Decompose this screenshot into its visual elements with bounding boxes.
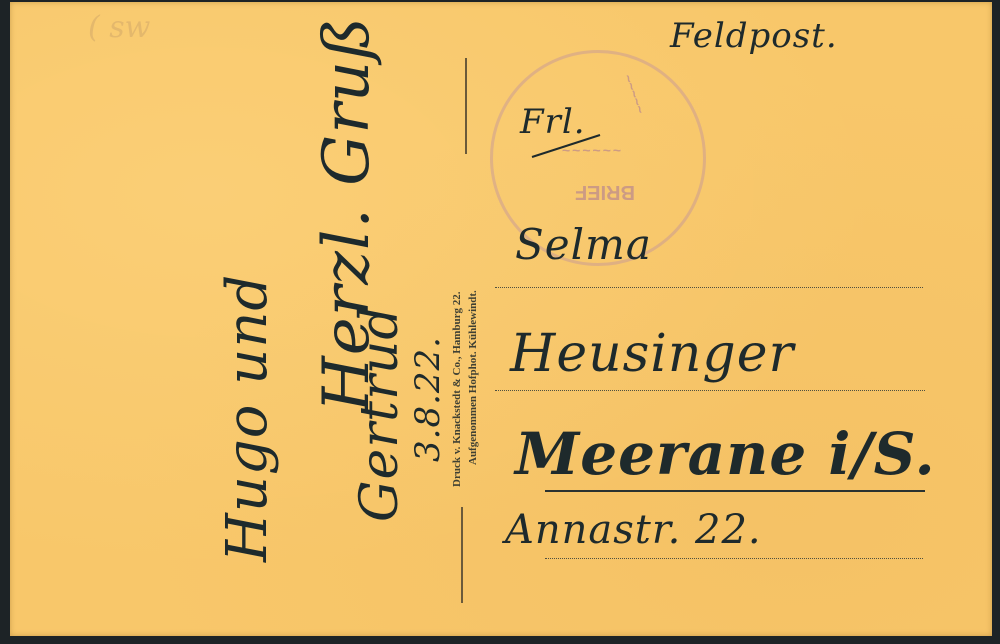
address-line-1 [495, 287, 923, 288]
address-last-name: Heusinger [510, 324, 794, 384]
address-city: Meerane i/S. [515, 420, 936, 488]
salutation-stroke [530, 117, 610, 167]
address-street: Annastr. 22. [505, 507, 762, 553]
message-date: 3.8.22. [408, 336, 448, 462]
printer-imprint-line1: Druck v. Knackstedt & Co., Hamburg 22. [451, 291, 463, 487]
printer-imprint-line2: Aufgenommen Hofphot. Kühlewindt. [467, 290, 479, 465]
feldpost-header: Feldpost. [670, 16, 838, 56]
address-first-name: Selma [515, 220, 652, 269]
address-line-2 [495, 390, 925, 391]
address-line-4 [545, 558, 923, 559]
message-line-2: Hugo und [215, 274, 280, 562]
divider-bottom [461, 507, 463, 603]
message-line-3: Gertrud [350, 305, 410, 522]
pencil-mark: ( sw [88, 10, 150, 45]
city-underline [545, 490, 925, 492]
stamp-text: BRIEF [575, 180, 635, 203]
divider-top [465, 58, 467, 154]
postcard: ( sw Feldpost. BRIEF ~~~~~~ ~~~~~ Frl. D… [10, 2, 992, 636]
